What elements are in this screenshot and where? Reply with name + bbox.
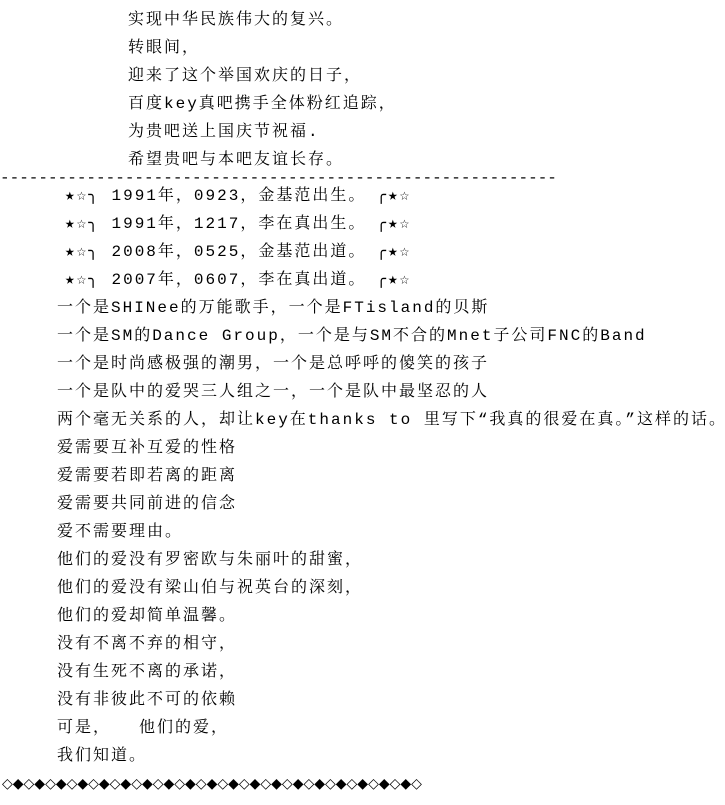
document-page: 实现中华民族伟大的复兴。 转眼间， 迎来了这个举国欢庆的日子， 百度key真吧携… [0,0,725,798]
body-line: 一个是SHINee的万能歌手，一个是FTisland的贝斯 [57,294,725,322]
body-paragraphs: 一个是SHINee的万能歌手，一个是FTisland的贝斯 一个是SM的Danc… [0,294,725,770]
star-date-line: ★☆╮ 2007年，0607，李在真出道。 ╭★☆ [65,266,725,294]
body-line: 他们的爱没有梁山伯与祝英台的深刻， [57,574,725,602]
body-line: 他们的爱没有罗密欧与朱丽叶的甜蜜， [57,546,725,574]
body-line: 他们的爱却简单温馨。 [57,602,725,630]
star-date-line: ★☆╮ 1991年，0923，金基范出生。 ╭★☆ [65,182,725,210]
intro-line: 为贵吧送上国庆节祝福. [128,118,725,146]
intro-paragraph: 实现中华民族伟大的复兴。 转眼间， 迎来了这个举国欢庆的日子， 百度key真吧携… [0,6,725,174]
body-line: 没有不离不弃的相守， [57,630,725,658]
star-dates-block: ★☆╮ 1991年，0923，金基范出生。 ╭★☆ ★☆╮ 1991年，1217… [0,182,725,294]
body-line: 一个是时尚感极强的潮男，一个是总呼呼的傻笑的孩子 [57,350,725,378]
dashed-divider-line: ----------------------------------------… [0,174,725,182]
body-line: 爱不需要理由。 [57,518,725,546]
body-line: 一个是SM的Dance Group，一个是与SM不合的Mnet子公司FNC的Ba… [57,322,725,350]
intro-line: 迎来了这个举国欢庆的日子， [128,62,725,90]
diamond-border-row: ◇◆◇◆◇◆◇◆◇◆◇◆◇◆◇◆◇◆◇◆◇◆◇◆◇◆◇◆◇◆◇◆◇◆◇◆◇◆◇ [2,770,725,798]
body-line: 爱需要若即若离的距离 [57,462,725,490]
intro-line: 希望贵吧与本吧友谊长存。 [128,146,725,174]
body-line: 我们知道。 [57,742,725,770]
body-line: 爱需要共同前进的信念 [57,490,725,518]
body-line: 没有非彼此不可的依赖 [57,686,725,714]
intro-line: 转眼间， [128,34,725,62]
body-line: 爱需要互补互爱的性格 [57,434,725,462]
intro-line: 实现中华民族伟大的复兴。 [128,6,725,34]
body-line: 两个毫无关系的人，却让key在thanks to 里写下“我真的很爱在真。”这样… [57,406,725,434]
intro-line: 百度key真吧携手全体粉红追踪， [128,90,725,118]
body-line: 可是， 他们的爱， [57,714,725,742]
body-line: 没有生死不离的承诺， [57,658,725,686]
star-date-line: ★☆╮ 1991年，1217，李在真出生。 ╭★☆ [65,210,725,238]
star-date-line: ★☆╮ 2008年，0525，金基范出道。 ╭★☆ [65,238,725,266]
body-line: 一个是队中的爱哭三人组之一，一个是队中最坚忍的人 [57,378,725,406]
